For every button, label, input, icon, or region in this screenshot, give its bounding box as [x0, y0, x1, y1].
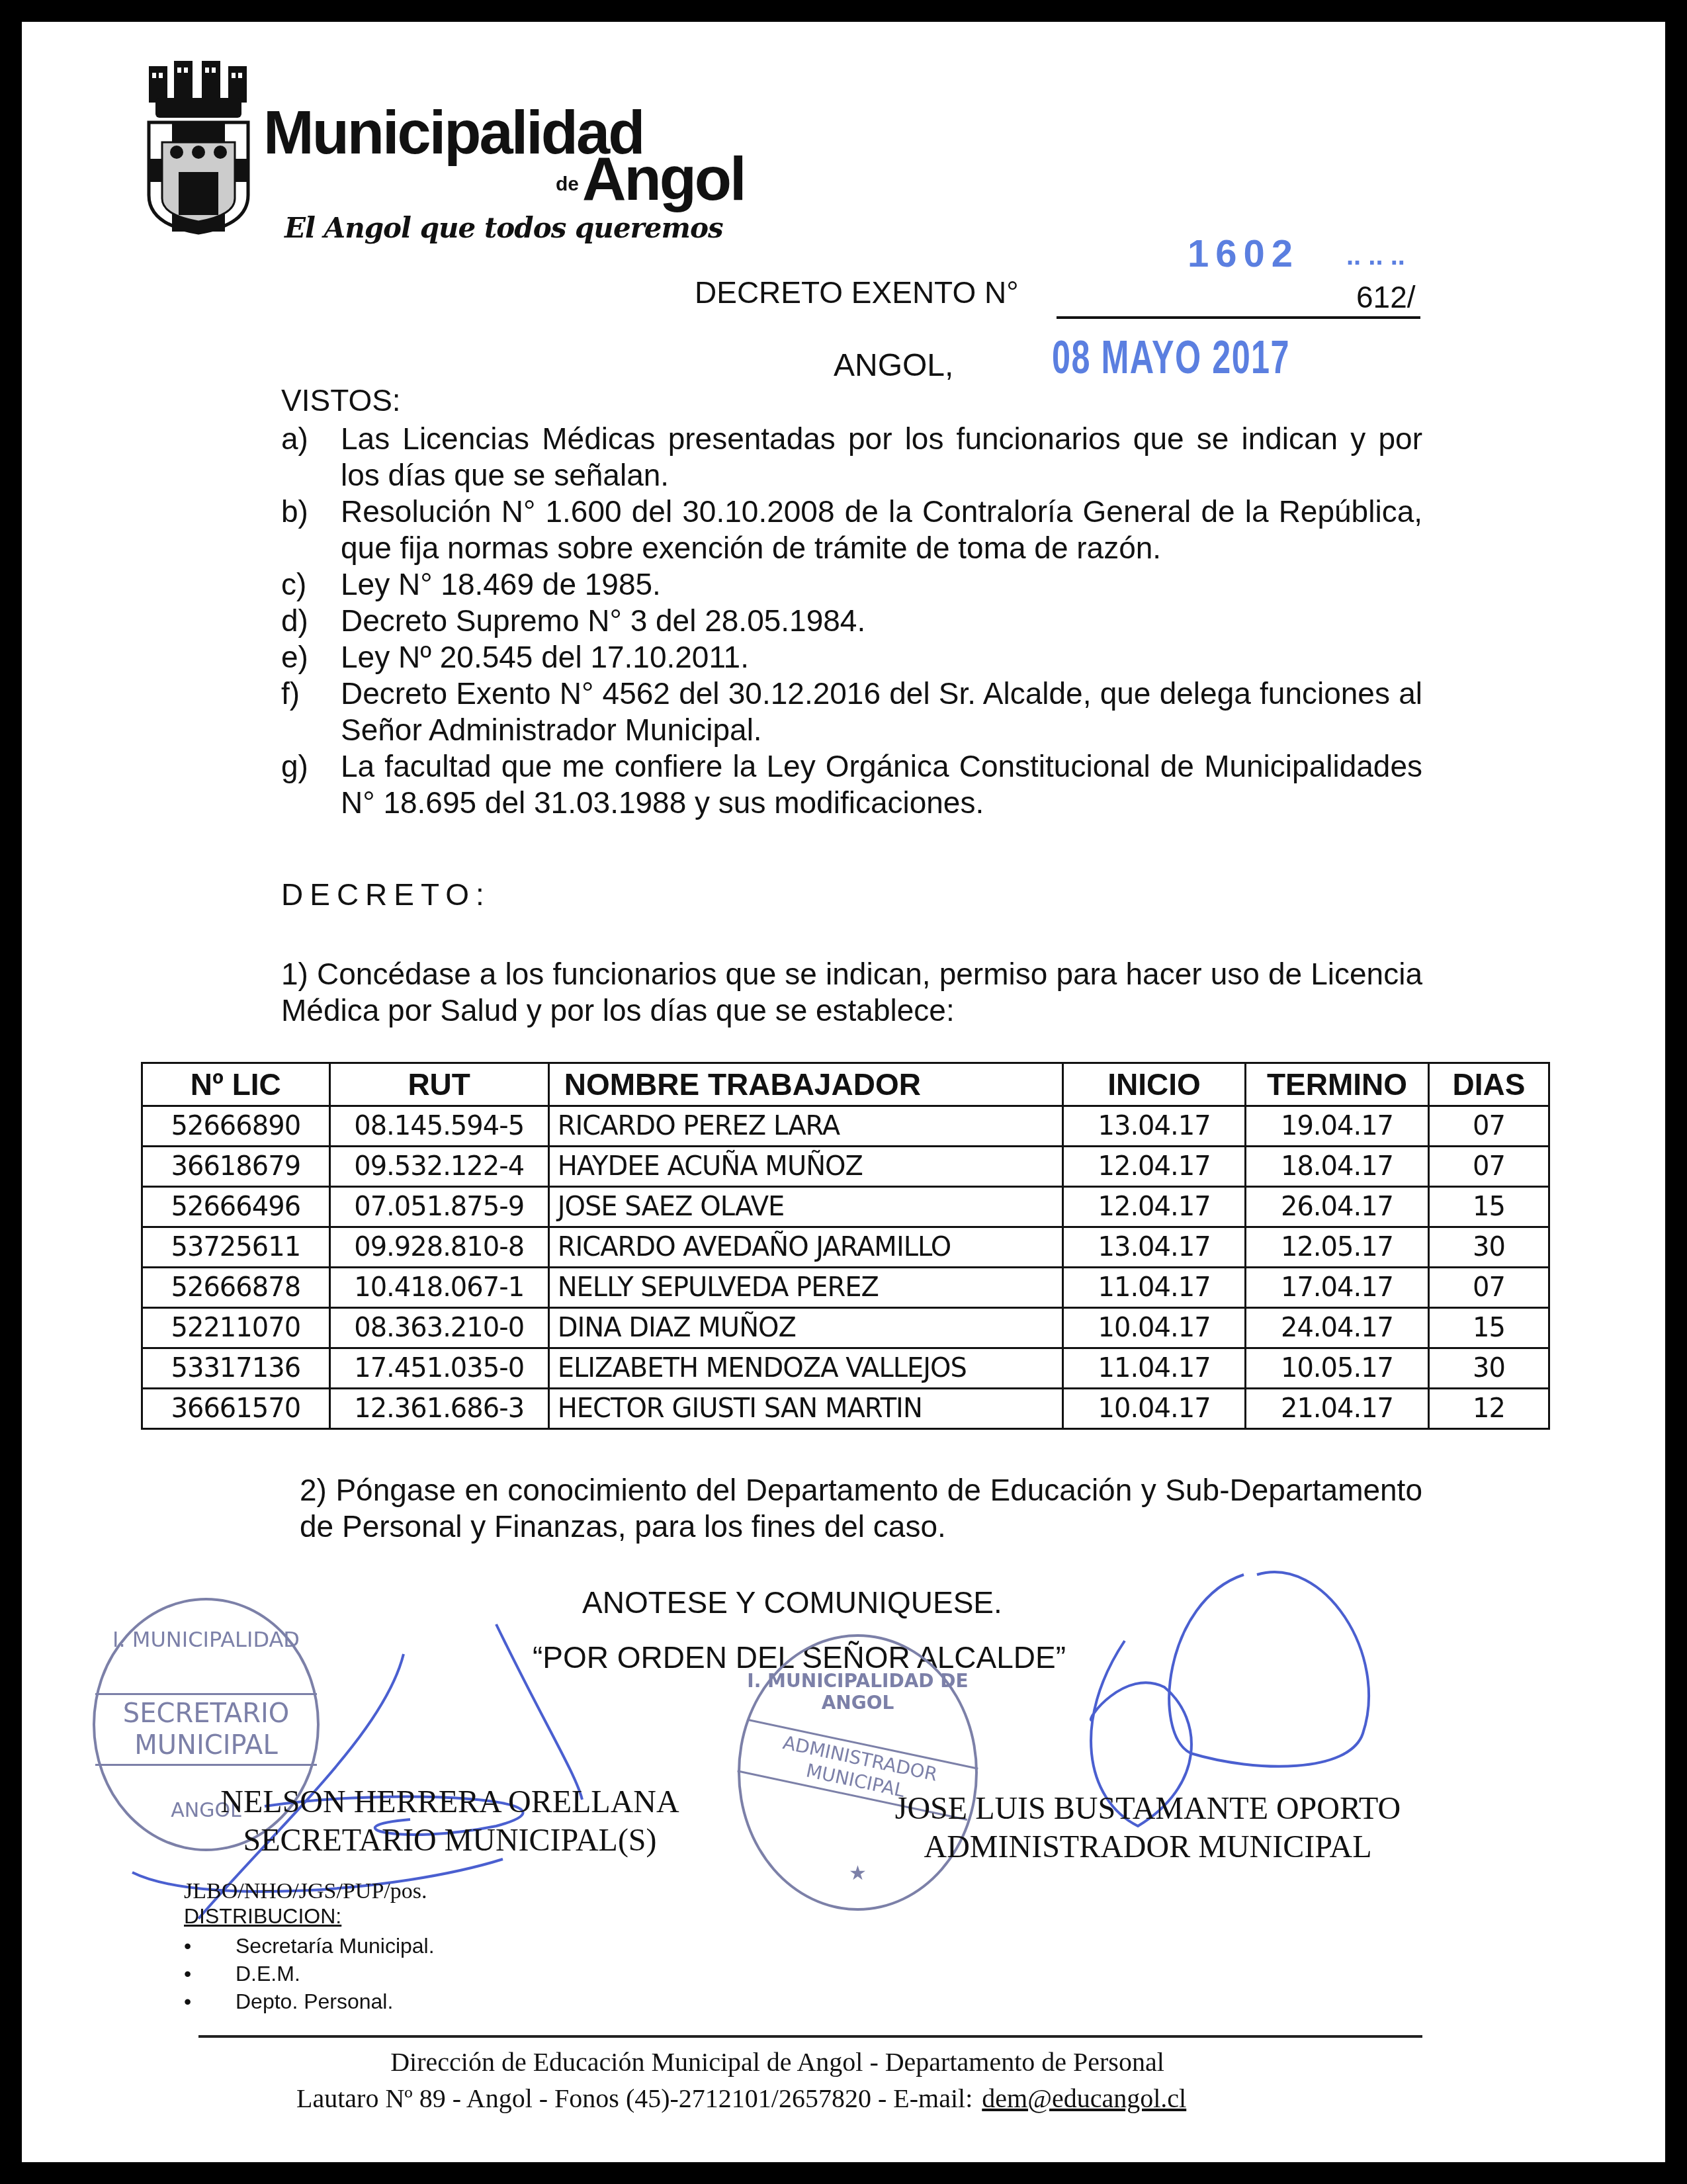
logo-de: de [556, 173, 579, 196]
vistos-letter: b) [281, 494, 341, 566]
col-header-dias: DIAS [1429, 1063, 1549, 1106]
decreto-heading: DECRETO: [281, 877, 491, 912]
table-row: 5266649607.051.875-9JOSE SAEZ OLAVE12.04… [142, 1187, 1549, 1227]
cell-nlic: 52666890 [142, 1106, 330, 1147]
cell-rut: 10.418.067-1 [329, 1268, 548, 1308]
footer-line-1: Dirección de Educación Municipal de Ango… [198, 2046, 1535, 2077]
cell-rut: 08.363.210-0 [329, 1308, 548, 1348]
cell-termino: 10.05.17 [1245, 1348, 1428, 1389]
cell-termino: 26.04.17 [1245, 1187, 1428, 1227]
cell-inicio: 12.04.17 [1063, 1147, 1246, 1187]
distribution-heading: DISTRIBUCION: [184, 1904, 341, 1929]
col-header-inicio: INICIO [1063, 1063, 1246, 1106]
cell-dias: 15 [1429, 1187, 1549, 1227]
logo-city: Angol [582, 149, 745, 210]
decreto-number-line [1057, 316, 1420, 319]
col-header-nombre: NOMBRE TRABAJADOR [548, 1063, 1063, 1106]
table-row: 5221107008.363.210-0DINA DIAZ MUÑOZ10.04… [142, 1308, 1549, 1348]
seal-administrador: I. MUNICIPALIDAD DE ANGOL ADMINISTRADOR … [738, 1634, 978, 1911]
cell-inicio: 10.04.17 [1063, 1308, 1246, 1348]
vistos-letter: g) [281, 748, 341, 821]
vistos-letter: a) [281, 421, 341, 494]
seal-line2: MUNICIPAL [95, 1729, 317, 1761]
cell-nlic: 52211070 [142, 1308, 330, 1348]
place-label: ANGOL, [834, 347, 953, 384]
cell-termino: 18.04.17 [1245, 1147, 1428, 1187]
vistos-text: Las Licencias Médicas presentadas por lo… [341, 421, 1422, 494]
cell-nombre: JOSE SAEZ OLAVE [548, 1187, 1063, 1227]
seal-arc-text: I. MUNICIPALIDAD DE ANGOL [740, 1670, 975, 1714]
cell-nombre: HECTOR GIUSTI SAN MARTIN [548, 1389, 1063, 1429]
vistos-item: e)Ley Nº 20.545 del 17.10.2011. [281, 639, 1422, 676]
distribution-item: Depto. Personal. [184, 1987, 435, 2015]
table-row: 5372561109.928.810-8RICARDO AVEDAÑO JARA… [142, 1227, 1549, 1268]
distribution-item: D.E.M. [184, 1960, 435, 1987]
cell-termino: 17.04.17 [1245, 1268, 1428, 1308]
footer-divider [198, 2035, 1422, 2038]
cell-termino: 12.05.17 [1245, 1227, 1428, 1268]
signer-role: SECRETARIO MUNICIPAL(S) [198, 1821, 701, 1860]
stamp-marks: .. .. .. [1346, 241, 1405, 271]
cell-termino: 24.04.17 [1245, 1308, 1428, 1348]
vistos-text: Ley Nº 20.545 del 17.10.2011. [341, 639, 1422, 676]
vistos-text: Decreto Exento N° 4562 del 30.12.2016 de… [341, 676, 1422, 748]
cell-inicio: 11.04.17 [1063, 1348, 1246, 1389]
cell-dias: 12 [1429, 1389, 1549, 1429]
licencias-table: Nº LIC RUT NOMBRE TRABAJADOR INICIO TERM… [141, 1062, 1550, 1430]
vistos-letter: c) [281, 566, 341, 603]
vistos-text: Ley N° 18.469 de 1985. [341, 566, 1422, 603]
signature-block-secretario: NELSON HERRERA ORELLANA SECRETARIO MUNIC… [198, 1783, 701, 1860]
table-row: 5266689008.145.594-5RICARDO PEREZ LARA13… [142, 1106, 1549, 1147]
vistos-text: Resolución N° 1.600 del 30.10.2008 de la… [341, 494, 1422, 566]
footer-line-2: Lautaro Nº 89 - Angol - Fonos (45)-27121… [296, 2083, 1186, 2114]
vistos-letter: e) [281, 639, 341, 676]
cell-inicio: 13.04.17 [1063, 1227, 1246, 1268]
decreto-number: 612/ [1356, 279, 1416, 315]
initials: JLBO/NHO/JGS/PUP/pos. [184, 1879, 427, 1904]
cell-nombre: ELIZABETH MENDOZA VALLEJOS [548, 1348, 1063, 1389]
cell-termino: 19.04.17 [1245, 1106, 1428, 1147]
stamp-date: 08 MAYO 2017 [1052, 331, 1290, 384]
signer-role: ADMINISTRADOR MUNICIPAL [873, 1828, 1422, 1866]
table-row: 3666157012.361.686-3HECTOR GIUSTI SAN MA… [142, 1389, 1549, 1429]
vistos-heading: VISTOS: [281, 382, 401, 418]
col-header-nlic: Nº LIC [142, 1063, 330, 1106]
coat-of-arms-icon [142, 53, 255, 235]
article-2: 2) Póngase en conocimiento del Departame… [300, 1472, 1422, 1545]
cell-rut: 17.451.035-0 [329, 1348, 548, 1389]
vistos-item: d)Decreto Supremo N° 3 del 28.05.1984. [281, 603, 1422, 639]
table-row: 5331713617.451.035-0ELIZABETH MENDOZA VA… [142, 1348, 1549, 1389]
cell-nlic: 53317136 [142, 1348, 330, 1389]
cell-rut: 09.928.810-8 [329, 1227, 548, 1268]
cell-dias: 15 [1429, 1308, 1549, 1348]
cell-dias: 07 [1429, 1147, 1549, 1187]
vistos-text: Decreto Supremo N° 3 del 28.05.1984. [341, 603, 1422, 639]
cell-rut: 12.361.686-3 [329, 1389, 548, 1429]
col-header-termino: TERMINO [1245, 1063, 1428, 1106]
vistos-item: c)Ley N° 18.469 de 1985. [281, 566, 1422, 603]
footer-address: Lautaro Nº 89 - Angol - Fonos (45)-27121… [296, 2083, 973, 2113]
table-header-row: Nº LIC RUT NOMBRE TRABAJADOR INICIO TERM… [142, 1063, 1549, 1106]
signature-block-administrador: JOSE LUIS BUSTAMANTE OPORTO ADMINISTRADO… [873, 1790, 1422, 1866]
cell-nlic: 52666878 [142, 1268, 330, 1308]
distribution-list: Secretaría Municipal.D.E.M.Depto. Person… [184, 1932, 435, 2015]
col-header-rut: RUT [329, 1063, 548, 1106]
decreto-label: DECRETO EXENTO N° [695, 275, 1019, 310]
vistos-list: a)Las Licencias Médicas presentadas por … [281, 421, 1422, 821]
vistos-letter: f) [281, 676, 341, 748]
cell-termino: 21.04.17 [1245, 1389, 1428, 1429]
cell-rut: 08.145.594-5 [329, 1106, 548, 1147]
vistos-letter: d) [281, 603, 341, 639]
cell-nlic: 53725611 [142, 1227, 330, 1268]
distribution-item: Secretaría Municipal. [184, 1932, 435, 1960]
vistos-item: g)La facultad que me confiere la Ley Org… [281, 748, 1422, 821]
article-1: 1) Concédase a los funcionarios que se i… [281, 956, 1422, 1029]
vistos-item: a)Las Licencias Médicas presentadas por … [281, 421, 1422, 494]
table-row: 3661867909.532.122-4HAYDEE ACUÑA MUÑOZ12… [142, 1147, 1549, 1187]
table-row: 5266687810.418.067-1NELLY SEPULVEDA PERE… [142, 1268, 1549, 1308]
cell-nombre: RICARDO PEREZ LARA [548, 1106, 1063, 1147]
anotese-text: ANOTESE Y COMUNIQUESE. [582, 1585, 1002, 1620]
cell-dias: 30 [1429, 1227, 1549, 1268]
cell-inicio: 11.04.17 [1063, 1268, 1246, 1308]
stamp-number: 1602 [1188, 232, 1299, 276]
signer-name: NELSON HERRERA ORELLANA [198, 1783, 701, 1821]
cell-inicio: 12.04.17 [1063, 1187, 1246, 1227]
cell-inicio: 10.04.17 [1063, 1389, 1246, 1429]
footer-email-link[interactable]: dem@educangol.cl [982, 2083, 1186, 2113]
seal-line1: SECRETARIO [95, 1698, 317, 1729]
cell-dias: 07 [1429, 1106, 1549, 1147]
cell-nombre: RICARDO AVEDAÑO JARAMILLO [548, 1227, 1063, 1268]
vistos-item: b)Resolución N° 1.600 del 30.10.2008 de … [281, 494, 1422, 566]
cell-nlic: 36618679 [142, 1147, 330, 1187]
logo-tagline: El Angol que todos queremos [284, 212, 723, 244]
cell-dias: 07 [1429, 1268, 1549, 1308]
cell-inicio: 13.04.17 [1063, 1106, 1246, 1147]
vistos-text: La facultad que me confiere la Ley Orgán… [341, 748, 1422, 821]
cell-nlic: 36661570 [142, 1389, 330, 1429]
signer-name: JOSE LUIS BUSTAMANTE OPORTO [873, 1790, 1422, 1828]
cell-nombre: NELLY SEPULVEDA PEREZ [548, 1268, 1063, 1308]
cell-nombre: DINA DIAZ MUÑOZ [548, 1308, 1063, 1348]
cell-rut: 07.051.875-9 [329, 1187, 548, 1227]
cell-dias: 30 [1429, 1348, 1549, 1389]
cell-nombre: HAYDEE ACUÑA MUÑOZ [548, 1147, 1063, 1187]
vistos-item: f)Decreto Exento N° 4562 del 30.12.2016 … [281, 676, 1422, 748]
cell-nlic: 52666496 [142, 1187, 330, 1227]
seal-arc-text: I. MUNICIPALIDAD [95, 1627, 317, 1652]
cell-rut: 09.532.122-4 [329, 1147, 548, 1187]
